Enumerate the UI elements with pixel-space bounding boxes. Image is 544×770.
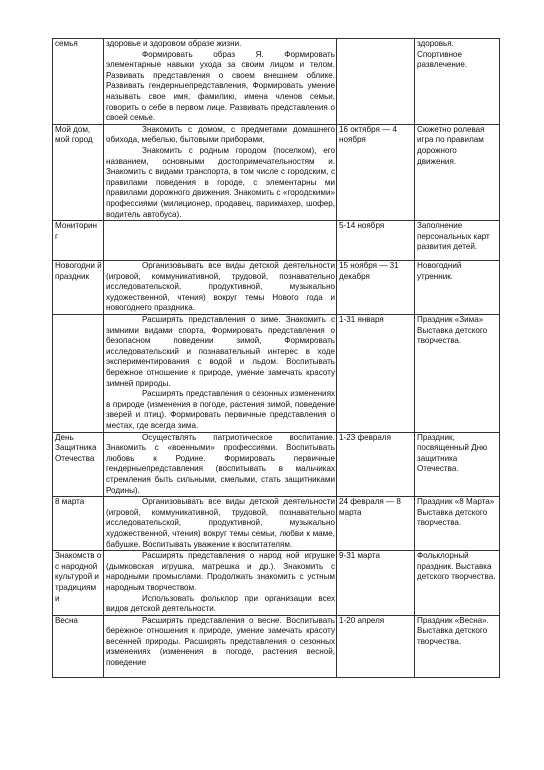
content-paragraph: Знакомить с родным городом (поселком), е…	[106, 146, 335, 220]
table-row: Новогодни й праздник Организовывать все …	[53, 261, 500, 315]
content-cell	[104, 221, 337, 261]
theme-cell	[53, 315, 104, 433]
table-row: Мониторин г 5-14 ноября Заполнение персо…	[53, 221, 500, 261]
content-cell: Осуществлять патриотическое воспитание. …	[104, 432, 337, 497]
dates-cell: 16 октября — 4 ноября	[337, 124, 415, 220]
theme-cell: Новогодни й праздник	[53, 261, 104, 315]
theme-cell: семья	[53, 39, 104, 125]
content-paragraph: Организовывать все виды детской деятельн…	[106, 497, 335, 550]
content-paragraph: Расширять представления о народ ной игру…	[106, 551, 335, 593]
table-row: День Защитника Отечества Осуществлять па…	[53, 432, 500, 497]
content-paragraph: Формировать образ Я. Формировать элемент…	[106, 50, 335, 124]
content-paragraph: Расширять представления о весне. Воспиты…	[106, 616, 335, 669]
event-cell: Сюжетно ролевая игра по правилам дорожно…	[415, 124, 500, 220]
dates-cell: 15 ноября — 31 декабря	[337, 261, 415, 315]
theme-cell: 8 марта	[53, 497, 104, 551]
theme-cell: Мой дом, мой город	[53, 124, 104, 220]
content-cell: Расширять представления о весне. Воспиты…	[104, 615, 337, 677]
dates-cell: 1-31 января	[337, 315, 415, 433]
table-row: Расширять представления о зиме. Знакомит…	[53, 315, 500, 433]
event-cell: Праздник, посвященный Дню защитника Отеч…	[415, 432, 500, 497]
content-cell: Расширять представления о народ ной игру…	[104, 551, 337, 616]
content-paragraph: Знакомить с домом, с предметами домашнег…	[106, 125, 335, 146]
theme-cell: Мониторин г	[53, 221, 104, 261]
table-row: Знакомств о с народной культурой и тради…	[53, 551, 500, 616]
content-paragraph: Осуществлять патриотическое воспитание. …	[106, 433, 335, 497]
theme-cell: День Защитника Отечества	[53, 432, 104, 497]
dates-cell: 1-20 апреля	[337, 615, 415, 677]
event-cell: Заполнение персональных карт развития де…	[415, 221, 500, 261]
event-cell: Праздник «8 Марта» Выставка детского тво…	[415, 497, 500, 551]
dates-cell: 5-14 ноября	[337, 221, 415, 261]
content-paragraph: Организовывать все виды детской деятельн…	[106, 261, 335, 314]
table-body: семья здоровье и здоровом образе жизни.Ф…	[53, 39, 500, 678]
content-paragraph: Расширять представления о зиме. Знакомит…	[106, 315, 335, 389]
content-cell: здоровье и здоровом образе жизни.Формиро…	[104, 39, 337, 125]
dates-cell: 9-31 марта	[337, 551, 415, 616]
event-cell: Фольклорный праздник. Выставка детского …	[415, 551, 500, 616]
table-row: Весна Расширять представления о весне. В…	[53, 615, 500, 677]
event-cell: Новогодний утренник.	[415, 261, 500, 315]
dates-cell: 24 февраля — 8 марта	[337, 497, 415, 551]
dates-cell: 1-23 февраля	[337, 432, 415, 497]
content-cell: Знакомить с домом, с предметами домашнег…	[104, 124, 337, 220]
thematic-plan-table: семья здоровье и здоровом образе жизни.Ф…	[52, 38, 500, 678]
dates-cell	[337, 39, 415, 125]
content-cell: Организовывать все виды детской деятельн…	[104, 497, 337, 551]
content-cell: Расширять представления о зиме. Знакомит…	[104, 315, 337, 433]
table-row: 8 марта Организовывать все виды детской …	[53, 497, 500, 551]
event-cell: Праздник «Весна». Выставка детского твор…	[415, 615, 500, 677]
content-cell: Организовывать все виды детской деятельн…	[104, 261, 337, 315]
content-paragraph: здоровье и здоровом образе жизни.	[106, 39, 335, 50]
content-paragraph: Расширять представления о сезонных измен…	[106, 389, 335, 431]
table-row: Мой дом, мой город Знакомить с домом, с …	[53, 124, 500, 220]
theme-cell: Весна	[53, 615, 104, 677]
event-cell: здоровья. Спортивное развлечение.	[415, 39, 500, 125]
content-paragraph: Использовать фольклор при организации вс…	[106, 594, 335, 615]
theme-cell: Знакомств о с народной культурой и тради…	[53, 551, 104, 616]
table-row: семья здоровье и здоровом образе жизни.Ф…	[53, 39, 500, 125]
event-cell: Праздник «Зима» Выставка детского творче…	[415, 315, 500, 433]
